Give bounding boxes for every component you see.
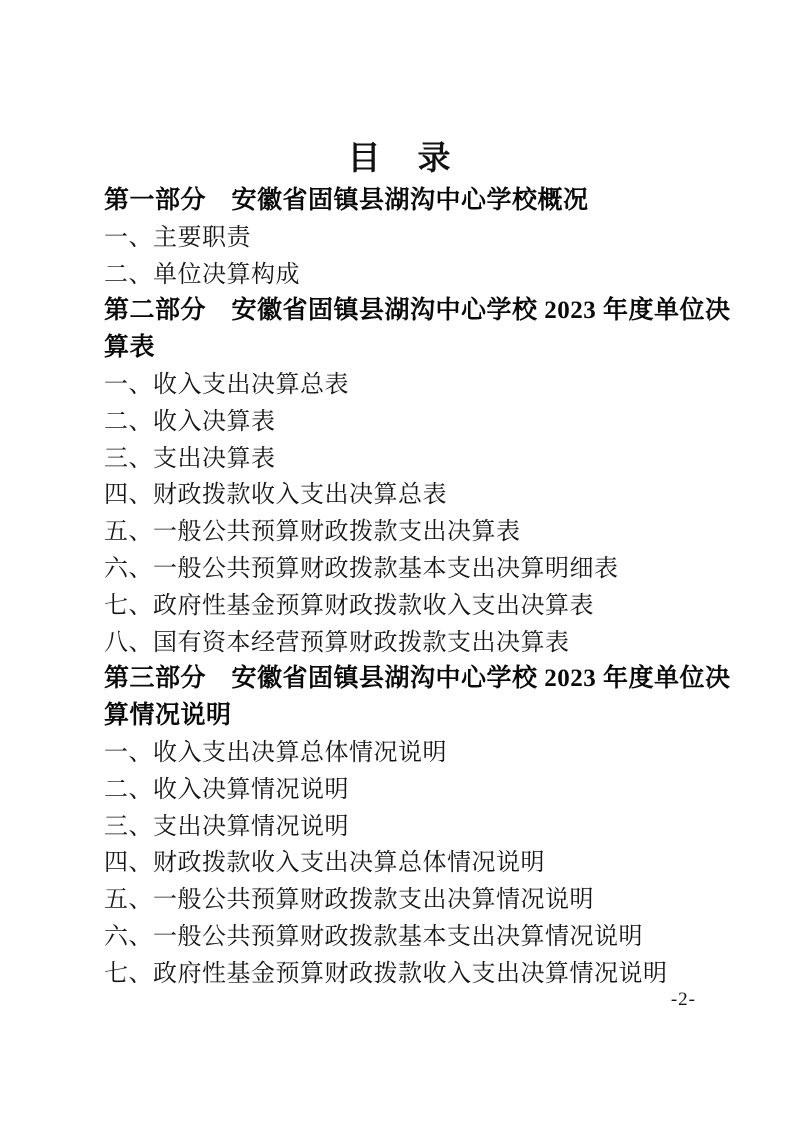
document-page: 目 录 第一部分 安徽省固镇县湖沟中心学校概况一、主要职责二、单位决算构成第二部…: [0, 0, 793, 1122]
toc-section-heading-continuation: 算表: [104, 330, 764, 367]
toc: 第一部分 安徽省固镇县湖沟中心学校概况一、主要职责二、单位决算构成第二部分 安徽…: [104, 183, 764, 993]
toc-item: 二、单位决算构成: [104, 257, 764, 294]
toc-item: 四、财政拨款收入支出决算总表: [104, 477, 764, 514]
toc-item: 一、收入支出决算总表: [104, 367, 764, 404]
toc-section-heading: 第二部分 安徽省固镇县湖沟中心学校 2023 年度单位决: [104, 293, 764, 330]
toc-item: 七、政府性基金预算财政拨款收入支出决算表: [104, 588, 764, 625]
toc-item: 八、国有资本经营预算财政拨款支出决算表: [104, 625, 764, 662]
toc-section-heading: 第一部分 安徽省固镇县湖沟中心学校概况: [104, 183, 764, 220]
toc-item: 二、收入决算情况说明: [104, 772, 764, 809]
toc-item: 三、支出决算情况说明: [104, 809, 764, 846]
toc-item: 六、一般公共预算财政拨款基本支出决算明细表: [104, 551, 764, 588]
toc-item: 一、主要职责: [104, 220, 764, 257]
toc-section-heading-continuation: 算情况说明: [104, 698, 764, 735]
toc-item: 六、一般公共预算财政拨款基本支出决算情况说明: [104, 919, 764, 956]
toc-item: 一、收入支出决算总体情况说明: [104, 735, 764, 772]
toc-item: 四、财政拨款收入支出决算总体情况说明: [104, 845, 764, 882]
toc-item: 三、支出决算表: [104, 441, 764, 478]
toc-item: 二、收入决算表: [104, 404, 764, 441]
document-title: 目 录: [104, 133, 696, 183]
toc-section-heading: 第三部分 安徽省固镇县湖沟中心学校 2023 年度单位决: [104, 661, 764, 698]
toc-item: 五、一般公共预算财政拨款支出决算表: [104, 514, 764, 551]
toc-item: 五、一般公共预算财政拨款支出决算情况说明: [104, 882, 764, 919]
page-number: -2-: [104, 986, 696, 1014]
